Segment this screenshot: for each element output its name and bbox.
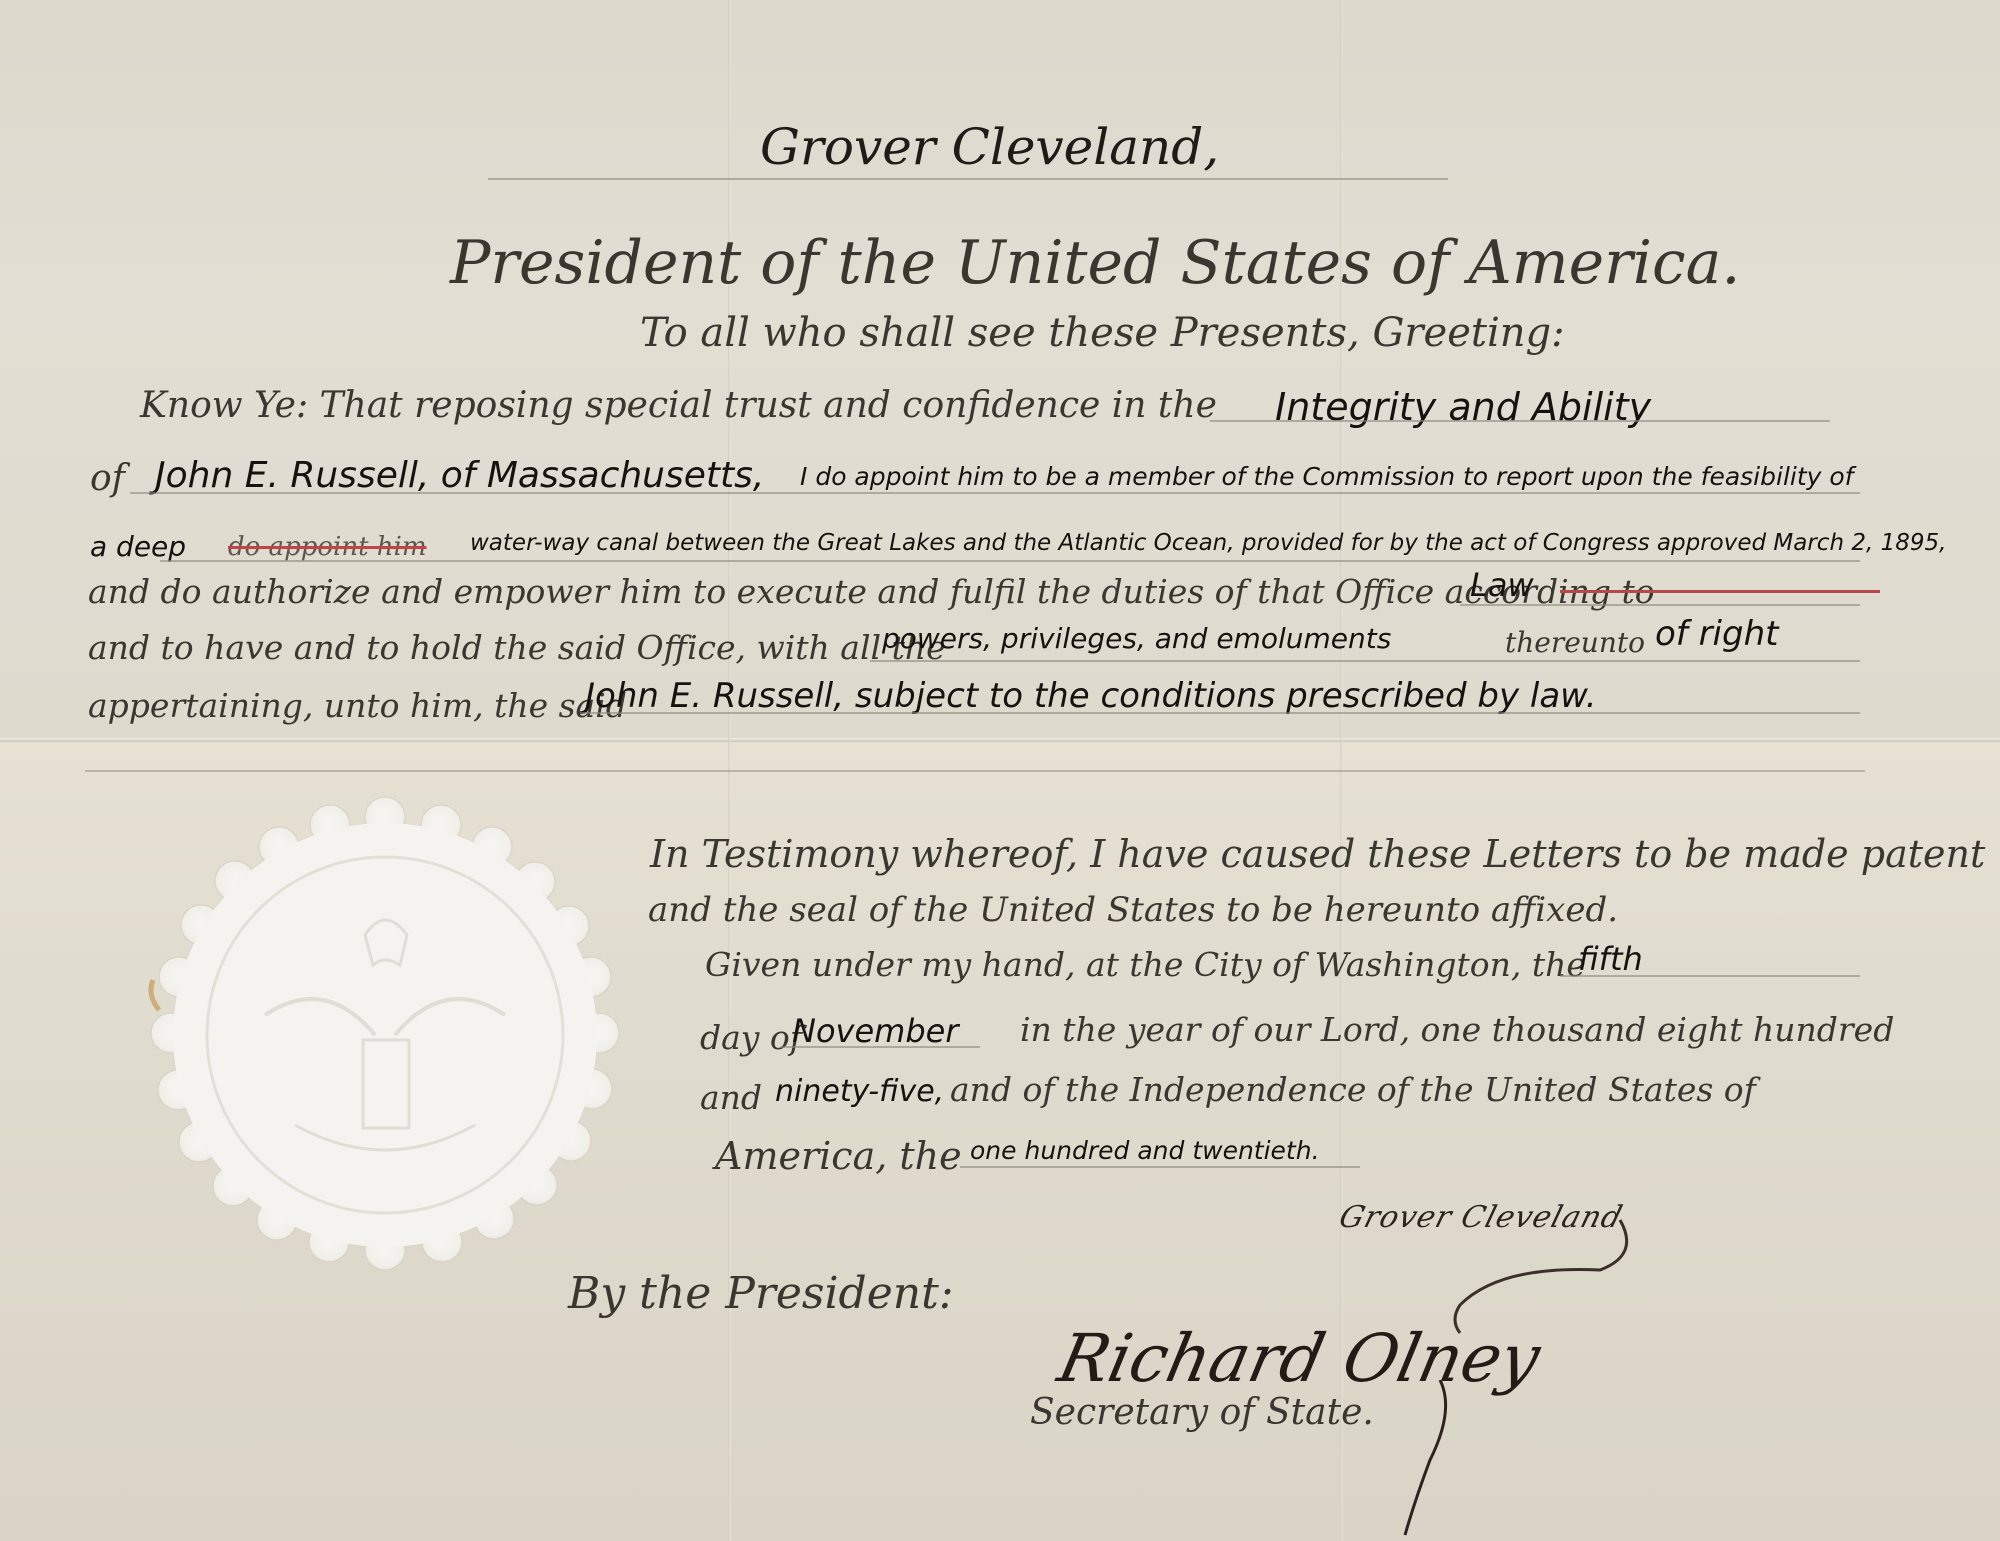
testimony-line-3: Given under my hand, at the City of Wash… xyxy=(705,945,1586,984)
and-text: and xyxy=(700,1078,762,1117)
independence-text: and of the Independence of the United St… xyxy=(950,1070,1756,1109)
line5-rule xyxy=(870,660,1860,662)
year-field: ninety-five, xyxy=(775,1074,944,1109)
secretary-title: Secretary of State. xyxy=(1030,1392,1374,1433)
of-text: of xyxy=(90,458,125,499)
qualities-field: Integrity and Ability xyxy=(1275,385,1651,429)
by-the-president: By the President: xyxy=(568,1268,954,1319)
appertaining-text: appertaining, unto him, the said xyxy=(88,686,627,725)
authorize-text: and do authorize and empower him to exec… xyxy=(88,572,1655,611)
month-field: November xyxy=(792,1012,958,1050)
appointee-name-field: John E. Russell, of Massachusetts, xyxy=(155,455,764,496)
appointment-text: I do appoint him to be a member of the C… xyxy=(800,462,1853,491)
line1-rule xyxy=(1210,420,1830,422)
powers-field: powers, privileges, and emoluments xyxy=(882,622,1391,655)
america-text: America, the xyxy=(715,1134,962,1178)
line6-rule xyxy=(580,712,1860,714)
conditions-field: John E. Russell, subject to the conditio… xyxy=(585,676,1597,716)
secretary-signature: Richard Olney xyxy=(1052,1320,1547,1397)
testimony-line-1: In Testimony whereof, I have caused thes… xyxy=(650,832,1985,876)
line2-rule xyxy=(130,492,1860,494)
law-field: Law xyxy=(1470,566,1534,604)
secretary-flourish-icon xyxy=(1400,1380,1460,1540)
day-field: fifth xyxy=(1578,940,1643,978)
year-text: in the year of our Lord, one thousand ei… xyxy=(1020,1010,1894,1049)
month-rule xyxy=(780,1046,980,1048)
line3-rule xyxy=(160,560,1860,562)
independence-rule xyxy=(960,1166,1360,1168)
president-name: Grover Cleveland, xyxy=(760,118,1219,176)
independence-year-field: one hundred and twentieth. xyxy=(970,1136,1320,1165)
day-of-text: day of xyxy=(700,1018,802,1057)
testimony-line-2: and the seal of the United States to be … xyxy=(648,890,1618,930)
horizontal-fold xyxy=(0,738,2000,742)
line4-rule xyxy=(1460,604,1860,606)
of-right-field: of right xyxy=(1655,614,1778,654)
hold-office-text: and to have and to hold the said Office,… xyxy=(88,628,946,667)
section-divider xyxy=(85,770,1865,772)
document-title: President of the United States of Americ… xyxy=(450,228,1740,298)
thereunto-text: thereunto xyxy=(1505,626,1645,659)
know-ye-text: Know Ye: That reposing special trust and… xyxy=(140,385,1217,426)
signature-flourish-icon xyxy=(1420,1215,1650,1335)
canal-description: water-way canal between the Great Lakes … xyxy=(470,530,1946,556)
day-rule xyxy=(1560,975,1860,977)
embossed-seal-icon xyxy=(145,795,625,1275)
a-deep-text: a deep xyxy=(90,530,186,563)
greeting: To all who shall see these Presents, Gre… xyxy=(640,310,1565,356)
name-rule xyxy=(488,178,1448,180)
red-fill-line xyxy=(1560,590,1880,593)
struck-through-text: do appoint him xyxy=(228,532,427,562)
